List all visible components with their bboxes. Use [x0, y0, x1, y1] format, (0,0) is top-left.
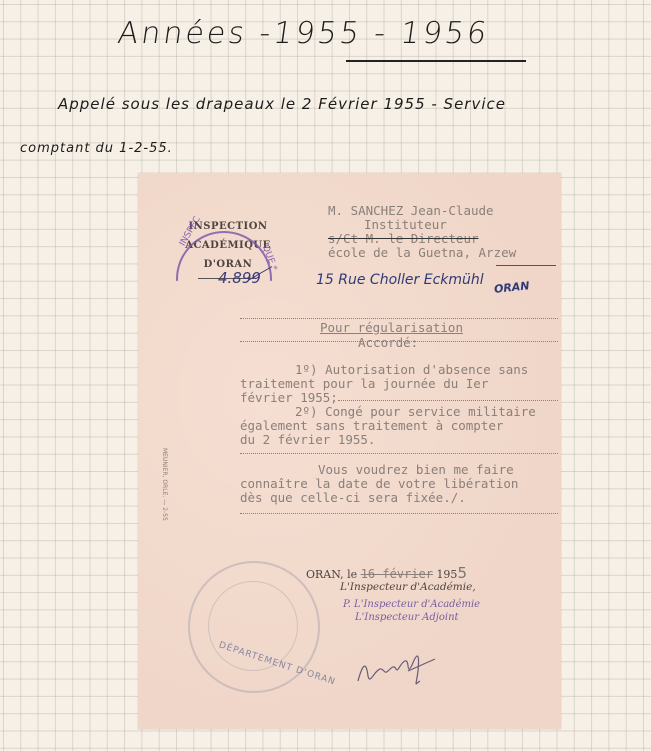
- item-2: 2º) Congé pour service militaire égaleme…: [240, 405, 536, 447]
- closing-paragraph: Vous voudrez bien me faire connaître la …: [240, 463, 518, 505]
- date-year-printed: 195: [436, 568, 457, 581]
- dotted-rule: [338, 400, 558, 401]
- item-1-line-3: février 1955;: [240, 390, 338, 405]
- handwritten-note-line-2: comptant du 1-2-55.: [20, 141, 173, 156]
- signatory-stamp-line-2: L'Inspecteur Adjoint: [343, 611, 480, 624]
- recipient-school: école de la Guetna,: [328, 245, 479, 260]
- album-title: Années -1955 - 1956: [116, 16, 492, 51]
- date-line: ORAN, le 16 février 1955: [306, 564, 467, 582]
- closing-line-3: dès que celle-ci sera fixée./.: [240, 490, 466, 505]
- item-1: 1º) Autorisation d'absence sans traiteme…: [240, 363, 528, 405]
- handwritten-address: 15 Rue Choller Eckmühl: [316, 272, 484, 288]
- closing-line-2: connaître la date de votre libération: [240, 476, 518, 491]
- recipient-town: Arzew: [479, 245, 517, 260]
- subject-line: Pour régularisation: [320, 320, 463, 335]
- dotted-rule: [240, 513, 558, 514]
- decision-line: Accordé:: [358, 335, 418, 350]
- closing-line-1: Vous voudrez bien me faire: [240, 462, 514, 477]
- recipient-name: M. SANCHEZ Jean-Claude: [328, 203, 494, 218]
- dotted-rule: [240, 453, 558, 454]
- recipient-care-of: s/Ct M. le Directeur: [328, 231, 479, 246]
- date-year-hand: 5: [457, 564, 467, 582]
- handwritten-city: ORAN: [493, 279, 530, 296]
- recipient-block: M. SANCHEZ Jean-Claude Instituteur s/Ct …: [328, 204, 516, 260]
- date-typed: 16 février: [361, 567, 433, 581]
- dotted-rule: [240, 318, 558, 319]
- item-2-line-2: également sans traitement à compter: [240, 418, 503, 433]
- recipient-title: Instituteur: [328, 217, 447, 232]
- date-place: ORAN, le: [306, 568, 357, 581]
- signatory-stamp-line-1: P. L'Inspecteur d'Académie: [343, 598, 480, 611]
- signatory-stamp: P. L'Inspecteur d'Académie L'Inspecteur …: [343, 598, 480, 624]
- reference-number: 4.899: [218, 269, 261, 287]
- letter-sheet: INSPECTION ACADÉMIQUE D'ORAN INSPEC QUE …: [138, 173, 561, 729]
- signature: [350, 641, 450, 691]
- signatory-title: L'Inspecteur d'Académie,: [340, 581, 476, 593]
- item-1-line-2: traitement pour la journée du Ier: [240, 376, 488, 391]
- item-1-line-1: 1º) Autorisation d'absence sans: [240, 362, 528, 377]
- item-2-line-3: du 2 février 1955.: [240, 432, 375, 447]
- town-underline: [496, 265, 556, 266]
- title-underline: [346, 60, 526, 62]
- item-2-line-1: 2º) Congé pour service militaire: [240, 404, 536, 419]
- printer-mark: MEUNIER, ORLE. — 2-55: [161, 448, 168, 521]
- handwritten-note-line-1: Appelé sous les drapeaux le 2 Février 19…: [58, 95, 506, 113]
